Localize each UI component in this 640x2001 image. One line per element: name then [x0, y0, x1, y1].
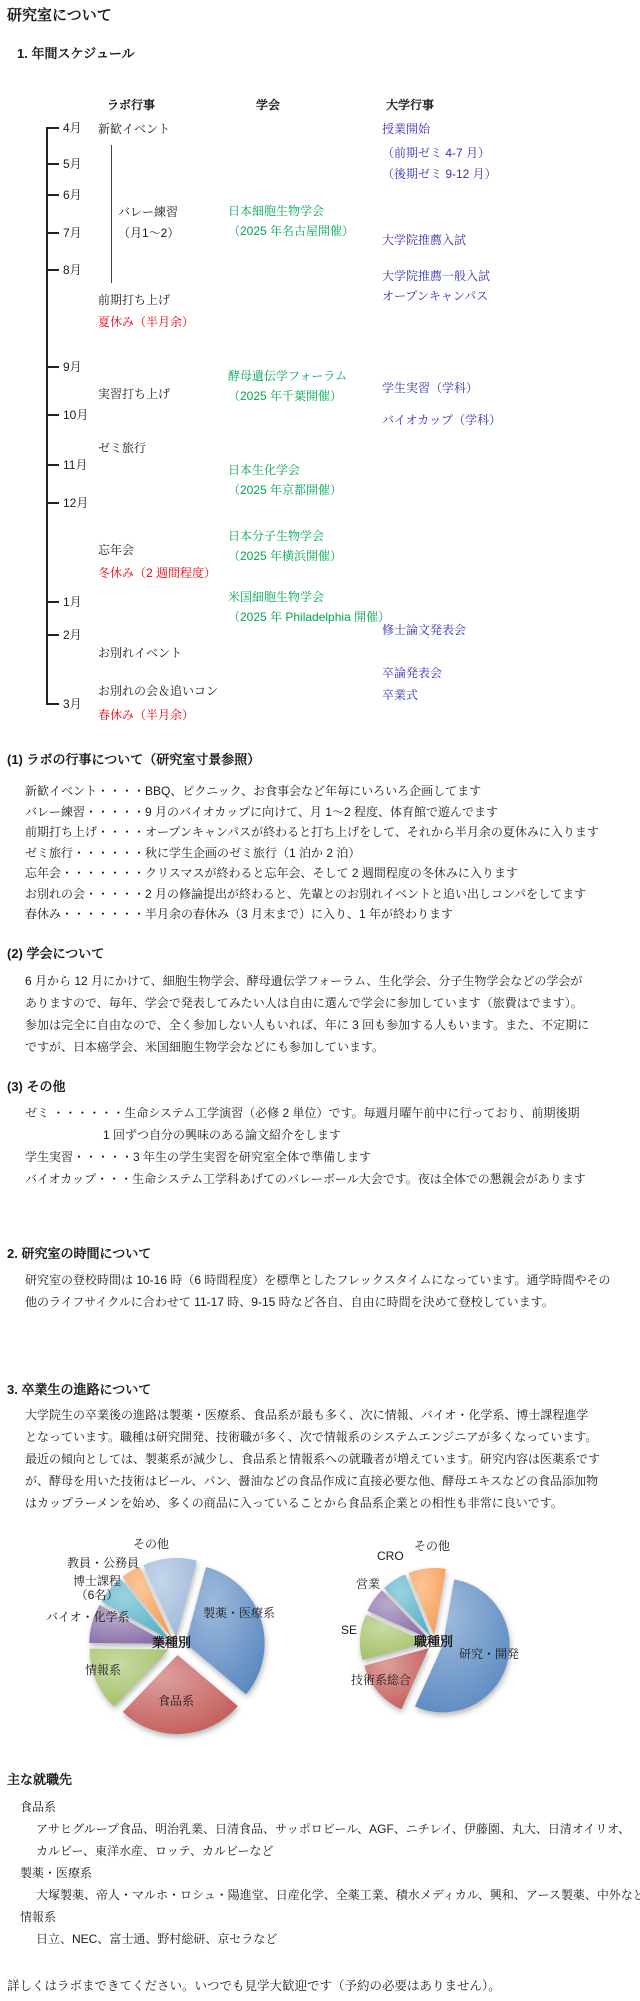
tick-june — [46, 194, 59, 196]
lab-event-year-end-party: 忘年会 — [98, 540, 134, 560]
employer-companies: 大塚製薬、帝人・マルホ・ロシュ・陽進堂、日産化学、全薬工業、積水メディカル、興和… — [36, 1884, 640, 1906]
conference-venue: （2025 年千葉開催） — [228, 386, 347, 406]
conference-name: 日本生化学会 — [228, 460, 342, 480]
column-header-conferences: 学会 — [256, 95, 280, 115]
careers-line: 大学院生の卒業後の進路は製薬・医療系、食品系が最も多く、次に情報、バイオ・化学系… — [25, 1404, 600, 1426]
section-conferences-heading: (2) 学会について — [7, 944, 589, 964]
month-label: 1月 — [63, 592, 82, 612]
tick-may — [46, 163, 59, 165]
conference-molecular-biology: 日本分子生物学会 （2025 年横浜開催） — [228, 526, 342, 566]
lab-events-item: 新歓イベント・・・・BBQ、ピクニック、お食事会など年毎にいろいろ企画してます — [25, 781, 599, 802]
section-lab-hours-heading: 2. 研究室の時間について — [7, 1244, 610, 1264]
section-careers-heading: 3. 卒業生の進路について — [7, 1380, 600, 1400]
page-title: 研究室について — [7, 6, 112, 26]
employer-category: 情報系 — [20, 1906, 640, 1928]
tick-january — [46, 601, 59, 603]
employer-category: 製薬・医療系 — [20, 1862, 640, 1884]
vacation-spring: 春休み（半月余） — [98, 705, 194, 725]
other-item: 学生実習・・・・・3 年生の学生実習を研究室全体で準備します — [25, 1146, 586, 1168]
section-schedule-heading: 1. 年間スケジュール — [17, 44, 135, 64]
conference-paragraph-line: ありますので、毎年、学会で発表してみたい人は自由に選んで学会に参加しています（旅… — [25, 992, 589, 1014]
conference-cell-biology-japan: 日本細胞生物学会 （2025 年名古屋開催） — [228, 201, 354, 241]
conference-biochemistry: 日本生化学会 （2025 年京都開催） — [228, 460, 342, 500]
lab-event-volleyball: バレー練習 — [118, 202, 178, 222]
month-label: 8月 — [63, 260, 82, 280]
section-careers: 3. 卒業生の進路について 大学院生の卒業後の進路は製薬・医療系、食品系が最も多… — [7, 1380, 600, 1514]
univ-event-masters-thesis-presentation: 修士論文発表会 — [382, 620, 466, 640]
univ-event-first-seminar: （前期ゼミ 4-7 月） — [382, 143, 490, 163]
lab-event-volleyball-freq: （月1～2） — [118, 223, 179, 243]
industry-label-bio-chem: バイオ・化学系 — [46, 1610, 130, 1624]
univ-event-classes-start: 授業開始 — [382, 119, 430, 139]
tick-february — [46, 634, 59, 636]
lab-event-seminar-trip: ゼミ旅行 — [98, 438, 146, 458]
lab-events-item: 前期打ち上げ・・・・オープンキャンパスが終わると打ち上げをして、それから半月余の… — [25, 822, 599, 843]
jobtype-pie-title: 職種別 — [414, 1632, 453, 1652]
conference-name: 日本細胞生物学会 — [228, 201, 354, 221]
conference-ascb: 米国細胞生物学会 （2025 年 Philadelphia 開催） — [228, 587, 390, 627]
month-label: 10月 — [63, 405, 88, 425]
annual-schedule-timeline: ラボ行事 学会 大学行事 4月 5月 6月 7月 8月 9月 10月 11月 1… — [0, 90, 640, 730]
industry-label-phd: 博士課程（6名） — [68, 1574, 126, 1602]
month-label: 11月 — [63, 455, 87, 475]
univ-event-open-campus: オープンキャンパス — [382, 286, 488, 306]
univ-event-student-training: 学生実習（学科） — [382, 378, 478, 398]
lab-events-item: 春休み・・・・・・・半月余の春休み（3 月末まで）に入り、1 年が終わります — [25, 904, 599, 925]
careers-line: が、酵母を用いた技術はビール、パン、醤油などの食品作成に直接必要な他、酵母エキス… — [25, 1470, 600, 1492]
lab-events-item: 忘年会・・・・・・・クリスマスが終わると忘年会、そして 2 週間程度の冬休みに入… — [25, 863, 599, 884]
conference-name: 米国細胞生物学会 — [228, 587, 390, 607]
jobtype-label-other: その他 — [414, 1539, 450, 1553]
other-item: バイオカップ・・・生命システム工学科あげてのバレーボール大会です。夜は全体での懇… — [25, 1168, 586, 1190]
tick-august — [46, 269, 59, 271]
vacation-winter: 冬休み（2 週間程度） — [98, 563, 216, 583]
section-conferences: (2) 学会について 6 月から 12 月にかけて、細胞生物学会、酵母遺伝学フォ… — [7, 944, 589, 1058]
tick-december — [46, 502, 59, 504]
month-label: 5月 — [63, 154, 82, 174]
lab-event-farewell-event: お別れイベント — [98, 643, 182, 663]
jobtype-label-sales: 営業 — [356, 1577, 380, 1591]
employer-companies: カルビー、東洋水産、ロッテ、カルビーなど — [36, 1840, 640, 1862]
section-other: (3) その他 ゼミ ・・・・・・生命システム工学演習（必修 2 単位）です。毎… — [7, 1077, 586, 1190]
tick-november — [46, 464, 59, 466]
univ-event-graduation-ceremony: 卒業式 — [382, 685, 418, 705]
univ-event-graduation-thesis-presentation: 卒論発表会 — [382, 663, 442, 683]
month-label: 2月 — [63, 625, 82, 645]
employer-category: 食品系 — [20, 1796, 640, 1818]
employers-heading: 主な就職先 — [7, 1770, 640, 1790]
jobtype-label-cro: CRO — [377, 1549, 404, 1563]
industry-label-food: 食品系 — [158, 1694, 194, 1708]
timeline-axis — [46, 127, 48, 705]
conference-venue: （2025 年横浜開催） — [228, 546, 342, 566]
conference-venue: （2025 年 Philadelphia 開催） — [228, 607, 390, 627]
vacation-summer: 夏休み（半月余） — [98, 312, 194, 332]
lab-event-farewell-party: お別れの会＆追いコン — [98, 681, 218, 701]
univ-event-bio-cup: バイオカップ（学科） — [382, 410, 501, 430]
document-page: 研究室について 1. 年間スケジュール ラボ行事 学会 大学行事 4月 5月 6… — [0, 0, 640, 2001]
lab-hours-line: 研究室の登校時間は 10-16 時（6 時間程度）を標準としたフレックスタイムに… — [25, 1269, 610, 1291]
closing-invitation: 詳しくはラボまできてください。いつでも見学大歓迎です（予約の必要はありません）。 — [7, 1976, 501, 1996]
conference-name: 酵母遺伝学フォーラム — [228, 366, 347, 386]
column-header-university-events: 大学行事 — [386, 95, 434, 115]
tick-march — [46, 703, 59, 705]
month-label: 7月 — [63, 223, 82, 243]
lab-event-first-term-party: 前期打ち上げ — [98, 290, 170, 310]
tick-april — [46, 127, 59, 129]
conference-paragraph-line: ですが、日本癌学会、米国細胞生物学会などにも参加しています。 — [25, 1036, 589, 1058]
month-label: 4月 — [63, 118, 82, 138]
lab-event-training-party: 実習打ち上げ — [98, 384, 170, 404]
column-header-lab-events: ラボ行事 — [107, 95, 155, 115]
section-lab-events-heading: (1) ラボの行事について（研究室寸景参照） — [7, 750, 599, 770]
careers-line: はカップラーメンを始め、多くの商品に入っていることから食品系企業との相性も非常に… — [25, 1492, 600, 1514]
industry-label-teacher-civil: 教員・公務員 — [67, 1556, 139, 1570]
other-item-continuation: 1 回ずつ自分の興味のある論文紹介をします — [25, 1124, 586, 1146]
industry-label-other: その他 — [133, 1537, 169, 1551]
employer-companies: 日立、NEC、富士通、野村総研、京セラなど — [36, 1928, 640, 1950]
month-label: 3月 — [63, 694, 82, 714]
employer-companies: アサヒグループ食品、明治乳業、日清食品、サッポロビール、AGF、ニチレイ、伊藤園… — [36, 1818, 640, 1840]
jobtype-label-technical: 技術系総合 — [351, 1673, 411, 1687]
lab-hours-line: 他のライフサイクルに合わせて 11-17 時、9-15 時など各自、自由に時間を… — [25, 1291, 610, 1313]
univ-event-grad-recommend-exam: 大学院推薦入試 — [382, 230, 466, 250]
tick-september — [46, 366, 59, 368]
careers-line: 最近の傾向としては、製薬系が減少し、食品系と情報系への就職者が増えています。研究… — [25, 1448, 600, 1470]
month-label: 9月 — [63, 357, 82, 377]
tick-october — [46, 414, 59, 416]
lab-events-item: お別れの会・・・・・2 月の修論提出が終わると、先輩とのお別れイベントと追い出し… — [25, 884, 599, 905]
volleyball-period-line — [111, 145, 112, 283]
lab-events-item: バレー練習・・・・・9 月のバイオカップに向けて、月 1～2 程度、体育館で遊ん… — [25, 802, 599, 823]
month-label: 6月 — [63, 185, 82, 205]
lab-event-welcome: 新歓イベント — [98, 119, 170, 139]
section-lab-events: (1) ラボの行事について（研究室寸景参照） 新歓イベント・・・・BBQ、ピクニ… — [7, 750, 599, 925]
conference-paragraph-line: 参加は完全に自由なので、全く参加しない人もいれば、年に 3 回も参加する人もいま… — [25, 1014, 589, 1036]
lab-events-item: ゼミ旅行・・・・・・秋に学生企画のゼミ旅行（1 泊か 2 泊） — [25, 843, 599, 864]
conference-yeast-genetics-forum: 酵母遺伝学フォーラム （2025 年千葉開催） — [228, 366, 347, 406]
jobtype-label-rnd: 研究・開発 — [459, 1647, 519, 1661]
conference-name: 日本分子生物学会 — [228, 526, 342, 546]
jobtype-label-se: SE — [341, 1623, 357, 1637]
careers-line: となっています。職種は研究開発、技術職が多く、次で情報系のシステムエンジニアが多… — [25, 1426, 600, 1448]
section-employers: 主な就職先 食品系 アサヒグループ食品、明治乳業、日清食品、サッポロビール、AG… — [7, 1770, 640, 1950]
univ-event-grad-general-exam: 大学院推薦一般入試 — [382, 266, 490, 286]
univ-event-second-seminar: （後期ゼミ 9-12 月） — [382, 164, 497, 184]
industry-label-pharma-medical: 製薬・医療系 — [203, 1606, 275, 1620]
section-other-heading: (3) その他 — [7, 1077, 586, 1097]
tick-july — [46, 232, 59, 234]
section-lab-hours: 2. 研究室の時間について 研究室の登校時間は 10-16 時（6 時間程度）を… — [7, 1244, 610, 1313]
month-label: 12月 — [63, 493, 88, 513]
industry-pie-title: 業種別 — [152, 1633, 191, 1653]
industry-label-it: 情報系 — [85, 1663, 121, 1677]
conference-paragraph-line: 6 月から 12 月にかけて、細胞生物学会、酵母遺伝学フォーラム、生化学会、分子… — [25, 970, 589, 992]
conference-venue: （2025 年名古屋開催） — [228, 221, 354, 241]
conference-venue: （2025 年京都開催） — [228, 480, 342, 500]
other-item: ゼミ ・・・・・・生命システム工学演習（必修 2 単位）です。毎週月曜午前中に行… — [25, 1102, 586, 1124]
